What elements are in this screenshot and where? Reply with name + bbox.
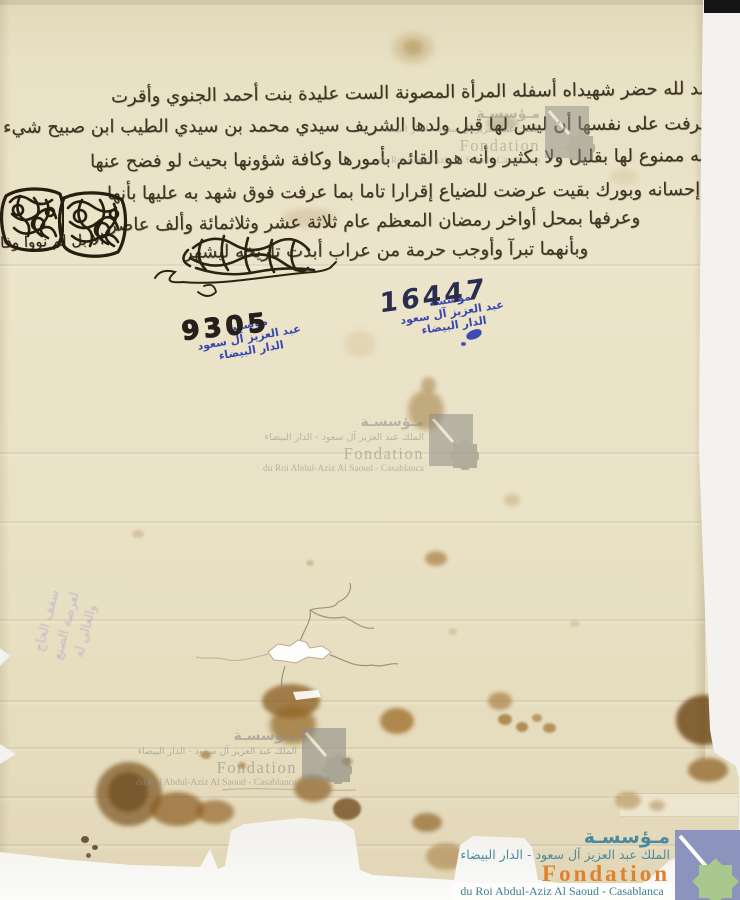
manuscript-line-4: مائة إحسانه وبورك بقيت عرضت للضياع إقرار… [107,179,736,204]
stain [488,692,512,710]
stain [92,845,98,850]
stain [676,695,732,745]
stain [306,560,314,566]
stain [688,758,728,782]
foundation-watermark-middle: مـؤسسـة الملك عبد العزيز آل سعود - الدار… [232,414,479,475]
manuscript-line-3: ولا أنه ممنوع لها بقليل ولا بكثير وأنه ه… [90,145,734,173]
stain [196,800,234,824]
stain [201,751,211,759]
notary-seal-left [0,184,64,254]
footer-french-title: Fondation [440,863,670,885]
fold-crease [0,619,740,621]
stain [532,714,542,722]
scan-edge-artifact [704,0,740,13]
stain [333,798,361,820]
stain [270,706,316,744]
manuscript-paper: الحمد لله حضر شهيداه أسفله المرأة المصون… [0,0,740,900]
paper-top-edge-shade [0,0,705,5]
stain [246,836,288,864]
stain [341,757,353,766]
stain [294,775,332,802]
watermark-arabic-subtitle: الملك عبد العزيز آل سعود - الدار البيضاء [232,431,424,444]
fold-crease [0,264,740,266]
stain [380,708,414,734]
stain [448,628,457,635]
stain [543,723,556,733]
stain [132,530,144,538]
stain [425,551,447,566]
footer-arabic-title: مـؤسسـة [440,828,670,847]
stain [504,494,520,506]
stain [238,762,246,769]
fold-crease [0,521,740,523]
signature-scribble [128,220,343,310]
stain [81,836,89,843]
fold-crease [0,747,740,749]
stain [404,40,422,55]
show-through-text: سقف الحاجلعرصة الصنعوالعالي له [21,555,113,696]
stain [516,722,528,732]
fold-crease [0,452,740,454]
stain [421,377,436,393]
notary-seal-right [56,188,130,260]
watermark-french-subtitle: du Roi Abdul-Aziz Al Saoud - Casablanca [232,463,424,475]
foundation-logo [672,830,740,900]
scanned-page: الحمد لله حضر شهيداه أسفله المرأة المصون… [0,0,740,900]
stain [408,390,444,430]
foundation-footer: مـؤسسـة الملك عبد العزيز آل سعود - الدار… [440,828,670,885]
footer-french-subtitle: du Roi Abdul-Aziz Al Saoud - Casablanca [452,883,672,900]
stain [344,330,376,358]
manuscript-line-1: الحمد لله حضر شهيداه أسفله المرأة المصون… [111,78,732,108]
stain [108,772,148,812]
stain [412,813,442,832]
stain [570,620,580,627]
fold-crease [0,700,740,702]
stain [498,714,512,725]
watermark-arabic-title: مـؤسسـة [232,414,424,431]
stain [615,792,641,809]
manuscript-line-2: واعترفت على نفسها أن ليس لها قبل ولدها ا… [3,113,730,138]
stain [86,853,91,858]
stain [649,800,665,811]
watermark-arabic-title: مـؤسسـة [105,728,297,745]
ink-dot [461,342,466,346]
